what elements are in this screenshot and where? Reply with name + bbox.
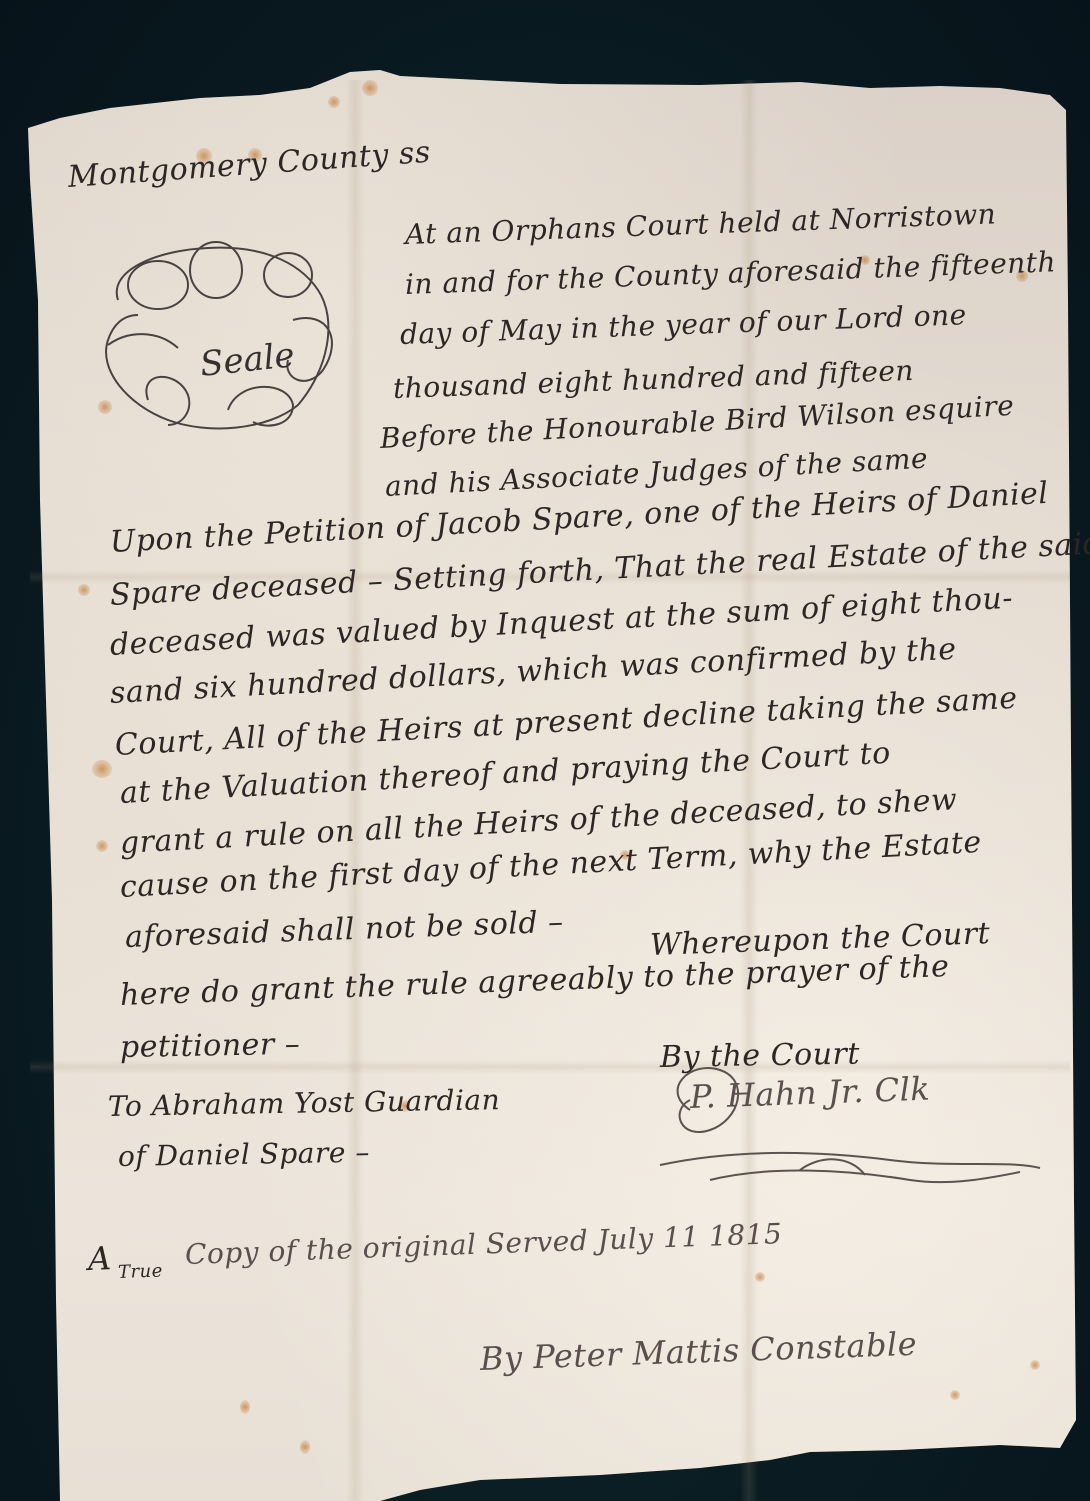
foxing-stain bbox=[328, 96, 340, 108]
foxing-stain bbox=[96, 840, 108, 852]
certification-true: True bbox=[118, 1260, 164, 1283]
foxing-stain bbox=[78, 584, 90, 596]
foxing-stain bbox=[1030, 1360, 1040, 1370]
foxing-stain bbox=[92, 760, 112, 778]
foxing-stain bbox=[755, 1272, 765, 1282]
addressee-line: of Daniel Spare – bbox=[118, 1136, 370, 1173]
foxing-stain bbox=[240, 1400, 250, 1414]
signature-flourish-icon bbox=[650, 1050, 1050, 1190]
foxing-stain bbox=[362, 80, 378, 96]
paper-fold-vertical bbox=[740, 80, 758, 1501]
seal: Seale bbox=[88, 230, 348, 445]
certification-prefix: A bbox=[87, 1239, 112, 1278]
foxing-stain bbox=[300, 1440, 310, 1454]
foxing-stain bbox=[950, 1390, 960, 1400]
order-line: petitioner – bbox=[120, 1027, 301, 1065]
seal-flourish-icon bbox=[88, 230, 348, 445]
addressee-line: To Abraham Yost Guardian bbox=[108, 1083, 501, 1123]
